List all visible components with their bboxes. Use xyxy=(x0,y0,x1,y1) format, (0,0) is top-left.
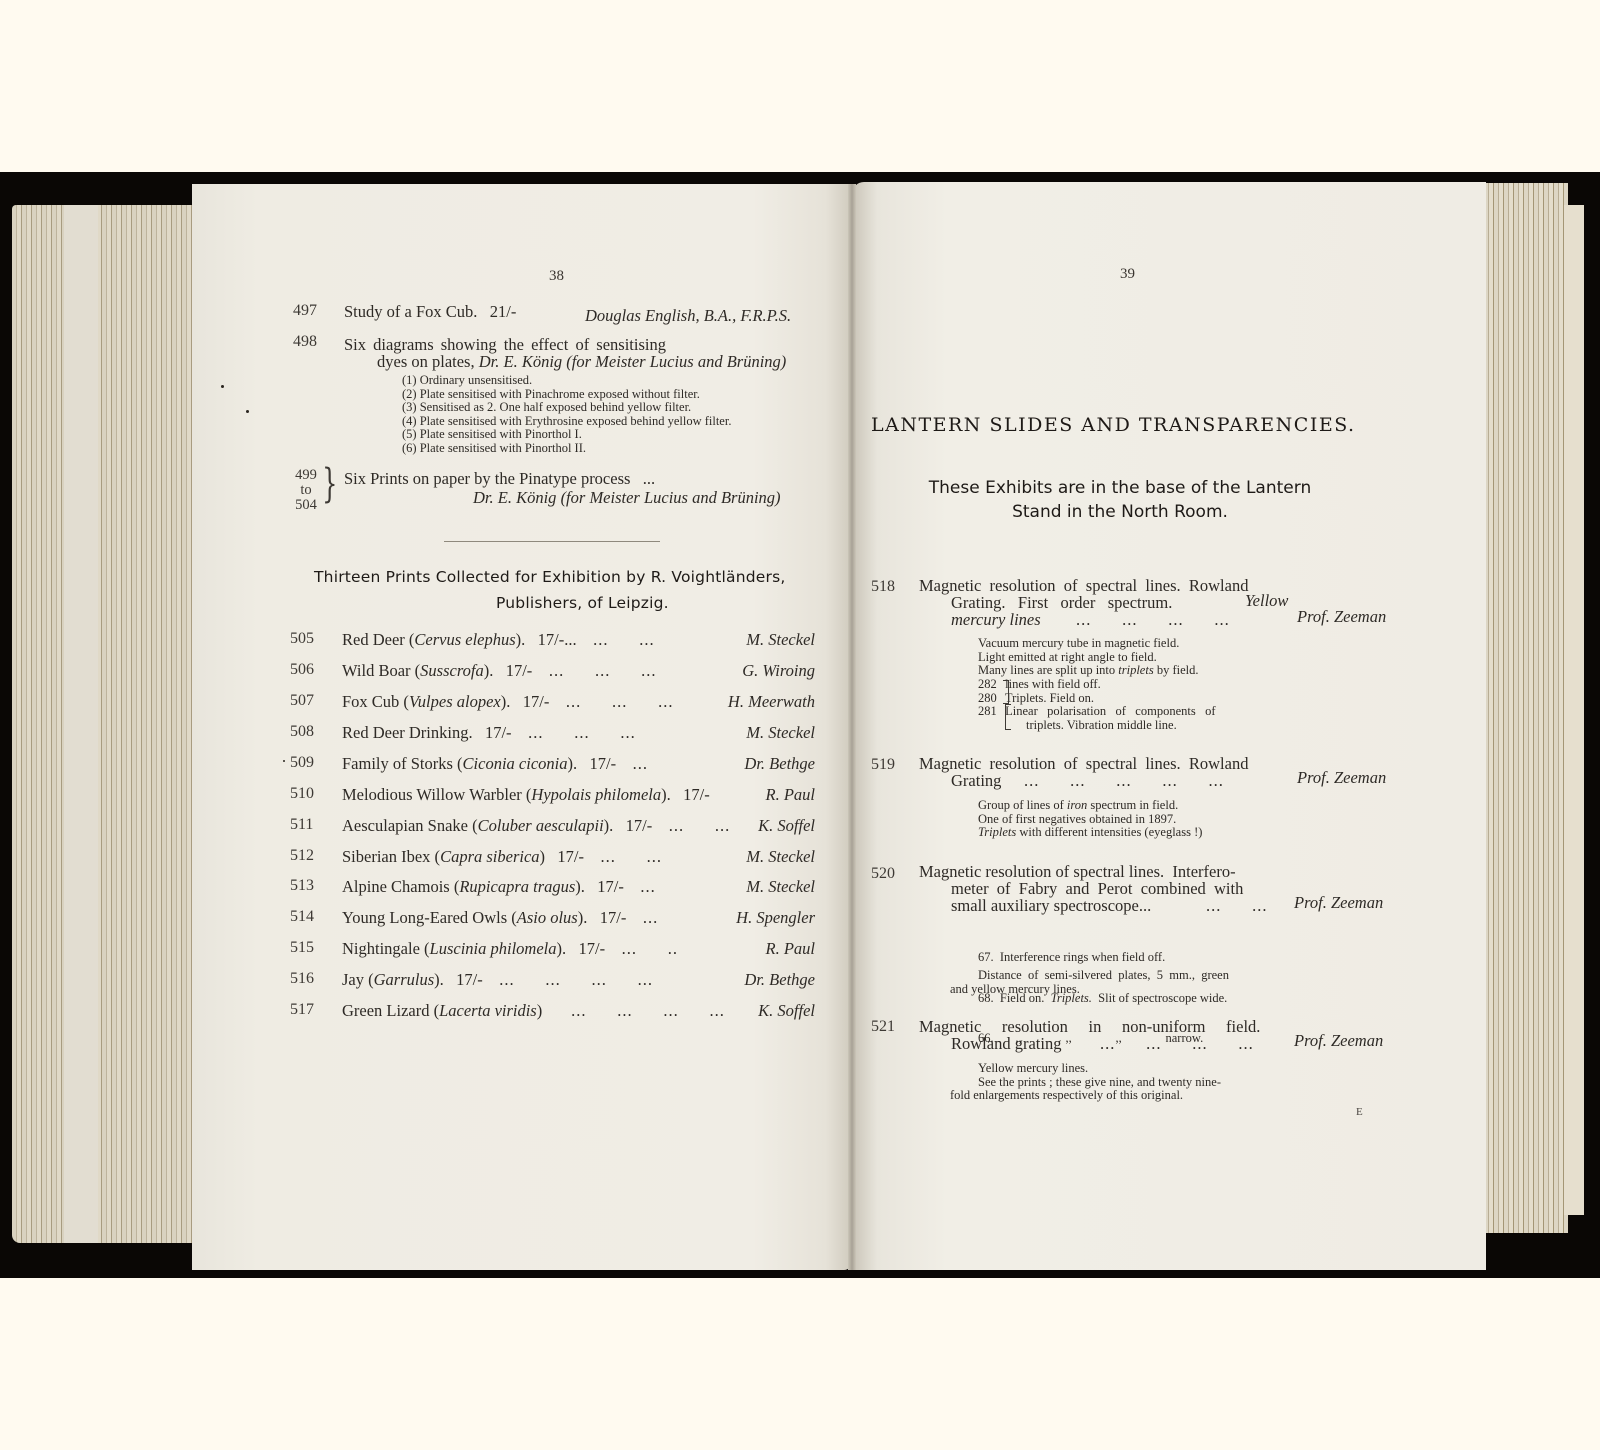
print-latin-name: Lacerta viridis xyxy=(439,1001,537,1020)
author-name: Dr. E. König xyxy=(473,488,556,507)
entry-extra-note: Distance of semi-silvered plates, 5 mm.,… xyxy=(978,969,1229,983)
entry-number: 520 xyxy=(871,865,895,883)
print-author: M. Steckel xyxy=(746,630,815,650)
note-text: spectrum in field. xyxy=(1087,798,1178,812)
print-author: M. Steckel xyxy=(746,877,815,897)
leader-dots: ... ... ... xyxy=(566,692,674,711)
signature-mark: E xyxy=(1356,1106,1363,1118)
entry-notes: Group of lines of iron spectrum in field… xyxy=(978,799,1202,840)
print-author: Dr. Bethge xyxy=(744,970,815,990)
entry-author: Prof. Zeeman xyxy=(1294,893,1383,913)
ink-speck xyxy=(283,760,285,762)
print-row: 508Red Deer Drinking. 17/- ... ... ...M.… xyxy=(290,723,815,745)
plate-text: lines with field off. xyxy=(1005,677,1101,691)
print-number: 508 xyxy=(290,723,314,741)
note-italic: iron xyxy=(1067,798,1087,812)
print-row: 506Wild Boar (Susscrofa). 17/- ... ... .… xyxy=(290,661,815,683)
print-title-close: ) xyxy=(537,1001,543,1020)
print-author: R. Paul xyxy=(766,939,816,959)
print-number: 516 xyxy=(290,970,314,988)
entry-title-cont: Rowland grating xyxy=(951,1034,1061,1054)
print-number: 513 xyxy=(290,877,314,895)
print-number: 515 xyxy=(290,939,314,957)
entry-title-cont: small auxiliary spectroscope... xyxy=(951,896,1151,916)
entry-number: 521 xyxy=(871,1018,895,1036)
print-price: 17/- xyxy=(506,661,533,680)
entry-title-italic: Yellow xyxy=(1245,591,1288,611)
print-price: 17/- xyxy=(456,970,483,989)
plate-text: Linear polarisation of components of xyxy=(1005,704,1215,718)
entry-number: 497 xyxy=(293,302,317,320)
print-row: 511Aesculapian Snake (Coluber aesculapii… xyxy=(290,816,815,838)
entry-title-cont: dyes on plates, Dr. E. König (for Meiste… xyxy=(377,352,786,372)
entry-author: Prof. Zeeman xyxy=(1294,1031,1383,1051)
note-text: Many lines are split up into xyxy=(978,663,1115,677)
leader-dots: ... xyxy=(643,469,655,488)
entry-number-range: 499 to 504 xyxy=(293,468,319,513)
leader-dots: ... ... ... xyxy=(549,661,657,680)
print-title: Wild Boar (Susscrofa). 17/- ... ... ... xyxy=(342,661,656,681)
print-title: Fox Cub (Vulpes alopex). 17/- ... ... ..… xyxy=(342,692,673,712)
subtitle-line: These Exhibits are in the base of the La… xyxy=(870,476,1370,500)
note-line: 67. Interference rings when field off. xyxy=(978,951,1227,965)
leader-dots: ... ... xyxy=(593,630,655,649)
note-line: (1) Ordinary unsensitised. xyxy=(402,374,731,388)
page-number-right: 39 xyxy=(1120,266,1135,283)
print-price: 17/- xyxy=(683,785,710,804)
entry-number: 518 xyxy=(871,578,895,596)
print-author: Dr. Bethge xyxy=(744,754,815,774)
plate-brace-icon xyxy=(1003,680,1009,704)
print-title-close: ). xyxy=(578,908,588,927)
note-line: See the prints ; these give nine, and tw… xyxy=(978,1076,1221,1090)
print-latin-name: Vulpes alopex xyxy=(409,692,501,711)
leader-dots: ... .. xyxy=(622,939,678,958)
left-page-edges xyxy=(12,205,194,1243)
print-number: 507 xyxy=(290,692,314,710)
plate-brace-icon xyxy=(1005,704,1011,730)
plate-text: Triplets. Field on. xyxy=(1005,691,1094,705)
note-line: One of first negatives obtained in 1897. xyxy=(978,813,1202,827)
print-row: 505Red Deer (Cervus elephus). 17/-... ..… xyxy=(290,630,815,652)
entry-title: Six Prints on paper by the Pinatype proc… xyxy=(344,469,655,489)
range-start: 499 xyxy=(293,468,319,483)
right-page-edges xyxy=(1484,183,1568,1233)
note-line: (6) Plate sensitised with Pinorthol II. xyxy=(402,442,731,456)
note-line: Many lines are split up into triplets by… xyxy=(978,664,1198,678)
section-subtitle: These Exhibits are in the base of the La… xyxy=(870,476,1370,524)
print-title-text: Aesculapian Snake ( xyxy=(342,816,478,835)
range-end: 504 xyxy=(293,498,319,513)
leader-dots: ... xyxy=(633,754,648,773)
print-title-close: ). xyxy=(434,970,444,989)
note-line: Light emitted at right angle to field. xyxy=(978,651,1198,665)
print-latin-name: Ciconia ciconia xyxy=(463,754,568,773)
print-number: 517 xyxy=(290,1001,314,1019)
plate-number: 280 xyxy=(978,692,1002,706)
print-latin-name: Coluber aesculapii xyxy=(478,816,604,835)
print-title: Alpine Chamois (Rupicapra tragus). 17/- … xyxy=(342,877,656,897)
note-text: Slit of spectroscope wide. xyxy=(1092,991,1227,1005)
print-author: M. Steckel xyxy=(746,847,815,867)
print-latin-name: Capra siberica xyxy=(440,847,539,866)
entry-author: Dr. E. König (for Meister Lucius and Brü… xyxy=(473,488,781,508)
print-latin-name: Rupicapra tragus xyxy=(459,877,575,896)
print-title-text: Jay ( xyxy=(342,970,374,989)
print-title: Aesculapian Snake (Coluber aesculapii). … xyxy=(342,816,730,836)
section-heading: Thirteen Prints Collected for Exhibition… xyxy=(314,568,786,586)
print-number: 511 xyxy=(290,816,313,834)
print-title: Melodious Willow Warbler (Hypolais philo… xyxy=(342,785,726,805)
print-price: 17/- xyxy=(590,754,617,773)
print-number: 514 xyxy=(290,908,314,926)
section-heading-cont: Publishers, of Leipzig. xyxy=(496,594,669,612)
print-title: Young Long-Eared Owls (Asio olus). 17/- … xyxy=(342,908,658,928)
page-number-left: 38 xyxy=(549,268,564,285)
range-brace-icon: } xyxy=(322,462,337,506)
print-title: Family of Storks (Ciconia ciconia). 17/-… xyxy=(342,754,648,774)
note-text: 67. Interference rings when field off. xyxy=(978,950,1165,964)
plate-row: triplets. Vibration middle line. xyxy=(978,719,1278,733)
print-title-close: ). xyxy=(484,661,494,680)
print-title: Jay (Garrulus). 17/- ... ... ... ... xyxy=(342,970,653,990)
book-gutter xyxy=(848,184,856,1270)
leader-dots: ... ... xyxy=(669,816,731,835)
plate-row: 280 Triplets. Field on. xyxy=(978,692,1278,706)
print-title-text: Siberian Ibex ( xyxy=(342,847,440,866)
print-title-close: ). xyxy=(568,754,578,773)
note-line: fold enlargements respectively of this o… xyxy=(950,1089,1183,1103)
entry-title-cont: Grating xyxy=(951,771,1001,791)
print-latin-name: Garrulus xyxy=(374,970,435,989)
print-row: 512Siberian Ibex (Capra siberica) 17/- .… xyxy=(290,847,815,869)
print-price: 17/- xyxy=(523,692,550,711)
note-line: Group of lines of iron spectrum in field… xyxy=(978,799,1202,813)
note-line: (2) Plate sensitised with Pinachrome exp… xyxy=(402,388,731,402)
plate-row: 282 lines with field off. xyxy=(978,678,1278,692)
print-title-text: Green Lizard ( xyxy=(342,1001,439,1020)
entry-price: 21/- xyxy=(490,302,517,321)
print-title-text: Fox Cub ( xyxy=(342,692,409,711)
print-row: 507Fox Cub (Vulpes alopex). 17/- ... ...… xyxy=(290,692,815,714)
print-row: 516Jay (Garrulus). 17/- ... ... ... ...D… xyxy=(290,970,815,992)
print-latin-name: Luscinia philomela xyxy=(430,939,557,958)
print-author: H. Meerwath xyxy=(728,692,815,712)
print-number: 509 xyxy=(290,754,314,772)
print-title-close: ). xyxy=(557,939,567,958)
leader-dots: ... ... ... ... xyxy=(571,1001,725,1020)
print-title-text: Family of Storks ( xyxy=(342,754,463,773)
entry-title: Study of a Fox Cub. 21/- xyxy=(344,302,516,322)
note-text: by field. xyxy=(1157,663,1199,677)
print-title: Red Deer Drinking. 17/- ... ... ... xyxy=(342,723,636,743)
section-title: LANTERN SLIDES AND TRANSPARENCIES. xyxy=(871,414,1356,436)
note-line: (4) Plate sensitised with Erythrosine ex… xyxy=(402,415,731,429)
print-title: Nightingale (Luscinia philomela). 17/- .… xyxy=(342,939,678,959)
print-title-close: ). xyxy=(501,692,511,711)
entry-notes: (1) Ordinary unsensitised. (2) Plate sen… xyxy=(402,374,731,455)
print-author: K. Soffel xyxy=(758,816,815,836)
leader-dots: ... ... ... ... xyxy=(1076,610,1230,630)
print-number: 510 xyxy=(290,785,314,803)
note-line: Yellow mercury lines. xyxy=(978,1062,1221,1076)
print-title-close: ). xyxy=(661,785,671,804)
leader-dots: ... ... xyxy=(1206,896,1268,916)
entry-number: 498 xyxy=(293,333,317,351)
leader-dots: ... ... ... xyxy=(528,723,636,742)
print-row: 509Family of Storks (Ciconia ciconia). 1… xyxy=(290,754,815,776)
print-row: 510Melodious Willow Warbler (Hypolais ph… xyxy=(290,785,815,807)
print-title: Siberian Ibex (Capra siberica) 17/- ... … xyxy=(342,847,662,867)
note-line: (5) Plate sensitised with Pinorthol I. xyxy=(402,428,731,442)
print-title-text: Nightingale ( xyxy=(342,939,430,958)
print-author: R. Paul xyxy=(766,785,816,805)
leader-dots: ... xyxy=(640,877,655,896)
plate-text: triplets. Vibration middle line. xyxy=(1026,718,1177,732)
print-latin-name: Cervus elephus xyxy=(414,630,515,649)
note-line: Triplets with different intensities (eye… xyxy=(978,826,1202,840)
print-title-text: Wild Boar ( xyxy=(342,661,420,680)
print-author: M. Steckel xyxy=(746,723,815,743)
note-line: Vacuum mercury tube in magnetic field. xyxy=(978,637,1198,651)
print-price: 17/-... xyxy=(538,630,577,649)
plate-list: 282 lines with field off. 280 Triplets. … xyxy=(978,678,1278,732)
print-title: Green Lizard (Lacerta viridis) ... ... .… xyxy=(342,1001,725,1021)
print-latin-name: Susscrofa xyxy=(420,661,484,680)
subtitle-line: Stand in the North Room. xyxy=(870,500,1370,524)
leader-dots: ... ... ... ... ... xyxy=(1024,771,1224,791)
ink-speck xyxy=(246,410,249,413)
leader-dots: ... ... xyxy=(601,847,663,866)
entry-author: Douglas English, B.A., F.R.P.S. xyxy=(585,306,791,326)
print-author: G. Wiroing xyxy=(742,661,815,681)
print-price: 17/- xyxy=(485,723,512,742)
entry-title-text: Six Prints on paper by the Pinatype proc… xyxy=(344,469,630,488)
print-title-text: Young Long-Eared Owls ( xyxy=(342,908,517,927)
print-title-close: ). xyxy=(575,877,585,896)
print-title-close: ). xyxy=(516,630,526,649)
entry-author: Prof. Zeeman xyxy=(1297,768,1386,788)
leader-dots: ... ... ... ... xyxy=(499,970,653,989)
print-title-text: Melodious Willow Warbler ( xyxy=(342,785,531,804)
print-number: 512 xyxy=(290,847,314,865)
print-price: 17/- xyxy=(557,847,584,866)
entry-author-note: (for Meister Lucius and Brüning) xyxy=(566,352,786,371)
note-line: (3) Sensitised as 2. One half exposed be… xyxy=(402,401,731,415)
entry-extra-note: and yellow mercury lines. xyxy=(950,983,1080,997)
print-price: 17/- xyxy=(579,939,606,958)
note-text: with different intensities (eyeglass !) xyxy=(1016,825,1202,839)
print-title: Red Deer (Cervus elephus). 17/-... ... .… xyxy=(342,630,655,650)
range-to: to xyxy=(293,483,319,498)
entry-notes: Yellow mercury lines. See the prints ; t… xyxy=(978,1062,1221,1089)
print-title-close: ). xyxy=(604,816,614,835)
print-author: H. Spengler xyxy=(736,908,815,928)
ink-speck xyxy=(221,385,224,388)
print-latin-name: Asio olus xyxy=(517,908,578,927)
entry-number: 519 xyxy=(871,756,895,774)
print-price: 17/- xyxy=(597,877,624,896)
entry-title-cont: mercury lines xyxy=(951,610,1041,630)
print-price: 17/- xyxy=(626,816,653,835)
print-row: 513Alpine Chamois (Rupicapra tragus). 17… xyxy=(290,877,815,899)
author-note: (for Meister Lucius and Brüning) xyxy=(561,488,781,507)
note-italic: triplets xyxy=(1118,663,1153,677)
print-author: K. Soffel xyxy=(758,1001,815,1021)
print-title-text: Alpine Chamois ( xyxy=(342,877,459,896)
entry-title-text: Study of a Fox Cub. xyxy=(344,302,477,321)
print-number: 505 xyxy=(290,630,314,648)
plate-number: 282 xyxy=(978,678,1002,692)
print-row: 517Green Lizard (Lacerta viridis) ... ..… xyxy=(290,1001,815,1023)
note-text: Group of lines of xyxy=(978,798,1067,812)
section-divider xyxy=(444,541,660,542)
print-number: 506 xyxy=(290,661,314,679)
print-title-text: Red Deer Drinking. xyxy=(342,723,473,742)
leader-dots: ... ... ... ... xyxy=(1100,1034,1254,1054)
print-title-close: ) xyxy=(540,847,546,866)
plate-number: 281 xyxy=(978,705,1002,719)
note-italic: Triplets xyxy=(978,825,1016,839)
plate-row: 281 Linear polarisation of components of xyxy=(978,705,1278,719)
leader-dots: ... xyxy=(643,908,658,927)
print-row: 515Nightingale (Luscinia philomela). 17/… xyxy=(290,939,815,961)
entry-title-text: dyes on plates, xyxy=(377,352,475,371)
print-latin-name: Hypolais philomela xyxy=(531,785,661,804)
print-row: 514Young Long-Eared Owls (Asio olus). 17… xyxy=(290,908,815,930)
print-price: 17/- xyxy=(600,908,627,927)
entry-author: Dr. E. König xyxy=(479,352,562,371)
entry-notes: Vacuum mercury tube in magnetic field. L… xyxy=(978,637,1198,678)
print-title-text: Red Deer ( xyxy=(342,630,414,649)
entry-author: Prof. Zeeman xyxy=(1297,607,1386,627)
note-text: One of first negatives obtained in 1897. xyxy=(978,812,1176,826)
